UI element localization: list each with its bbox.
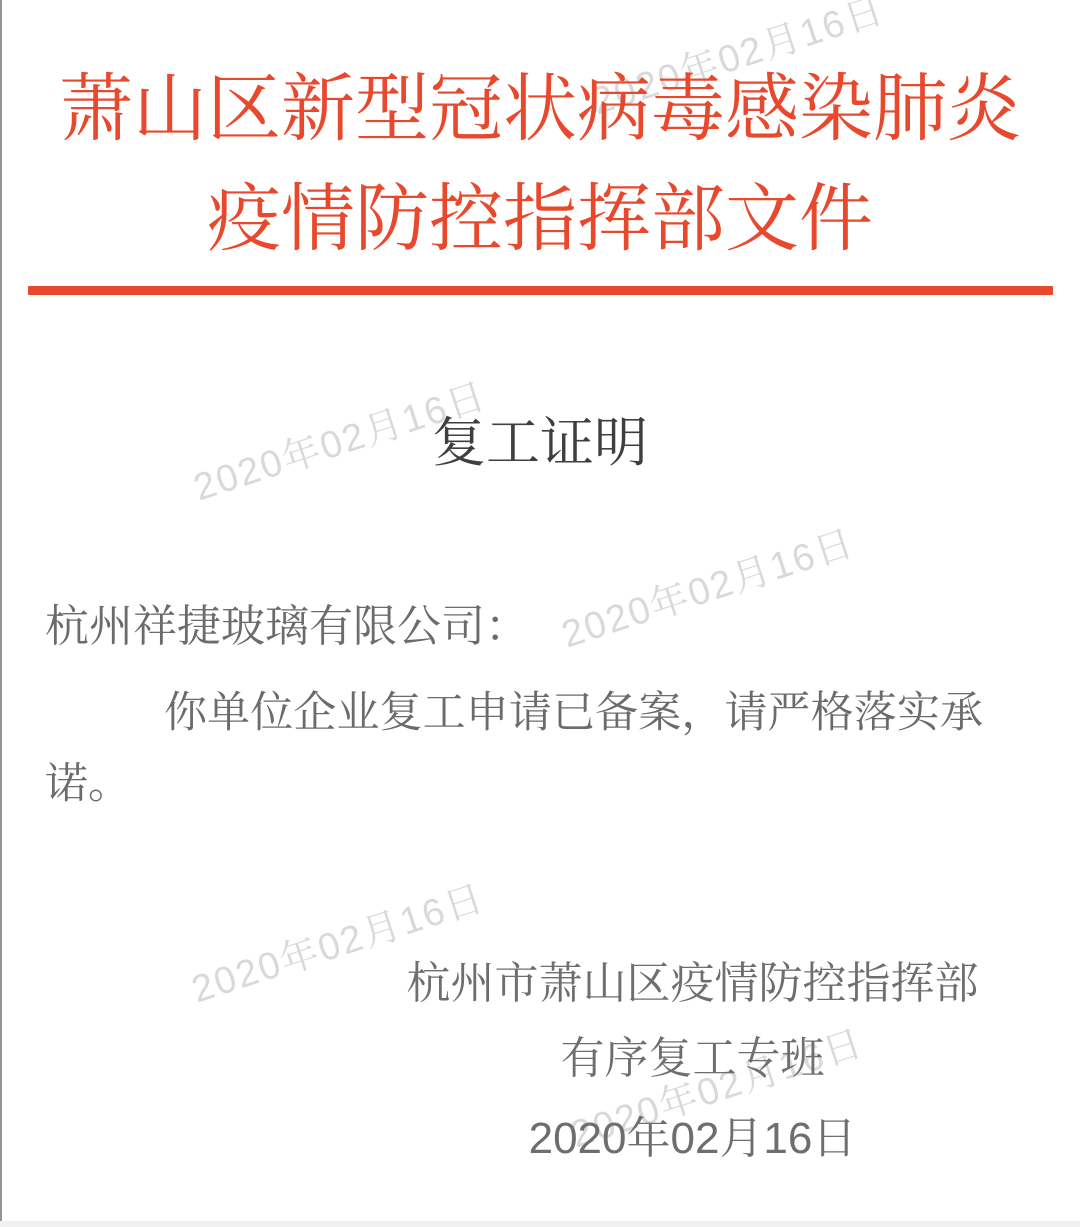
date-watermark: 2020年02月16日: [553, 512, 860, 659]
letterhead-divider-rule: [28, 286, 1053, 295]
bottom-edge-bar: [0, 1221, 1080, 1227]
body-paragraph: 你单位企业复工申请已备案，请严格落实承诺。: [45, 678, 983, 820]
signature-date: 2020年02月16日: [300, 1117, 1080, 1161]
addressee-line: 杭州祥捷玻璃有限公司：: [45, 590, 529, 654]
letterhead-title-line1: 萧山区新型冠状病毒感染肺炎: [0, 72, 1080, 146]
document-page: 2020年02月16日 2020年02月16日 2020年02月16日 2020…: [0, 0, 1080, 1227]
letterhead: 萧山区新型冠状病毒感染肺炎 疫情防控指挥部文件: [0, 72, 1080, 256]
document-title: 复工证明: [0, 400, 1080, 477]
signature-team: 有序复工专班: [300, 1037, 1080, 1081]
letterhead-title-line2: 疫情防控指挥部文件: [0, 182, 1080, 256]
signature-block: 杭州市萧山区疫情防控指挥部 有序复工专班 2020年02月16日: [300, 962, 1080, 1161]
signature-org: 杭州市萧山区疫情防控指挥部: [300, 962, 1080, 1006]
